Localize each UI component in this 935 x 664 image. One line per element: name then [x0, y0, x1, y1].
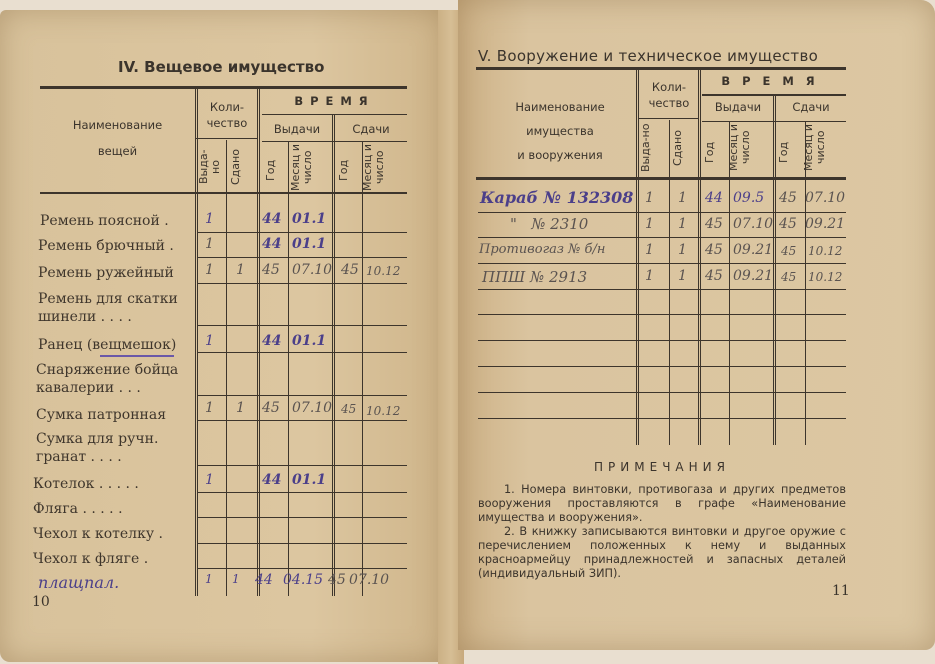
- cell-issue-year: 44: [262, 333, 281, 349]
- cell-return-year: 45: [779, 190, 797, 206]
- row-line: [197, 492, 407, 493]
- header-quantity-line2: чество: [640, 96, 698, 112]
- handwritten-item-name: " № 2310: [510, 215, 588, 233]
- row-line: [478, 263, 846, 264]
- cell-issue-year: 45: [705, 242, 723, 258]
- col-line: [362, 142, 363, 596]
- header-name-line1: Наименование: [490, 95, 630, 119]
- cell-issue-date: 01.1: [292, 333, 326, 349]
- cell-return-date: 10.12: [366, 264, 400, 278]
- cell-issue-date: 09.21: [733, 268, 773, 284]
- cell-return-date: 10.12: [808, 270, 842, 284]
- cell-returned: 1: [232, 572, 240, 586]
- header-return-year: Год: [778, 130, 796, 174]
- quantity-divider: [195, 138, 257, 139]
- header-quantity-line2: чество: [197, 116, 257, 132]
- col-line: [334, 114, 335, 596]
- row-line: [197, 232, 407, 233]
- row-line: [197, 395, 407, 396]
- handwritten-item-name: Противогаз № б/н: [479, 242, 605, 257]
- cell-issue-date: 09.5: [733, 190, 764, 206]
- list-item: Ремень брючный .: [38, 237, 174, 255]
- cell-issued: 1: [205, 572, 213, 586]
- header-return: Сдачи: [776, 100, 846, 116]
- list-item: Фляга . . . . .: [33, 500, 123, 518]
- col-line: [332, 114, 333, 596]
- row-line: [478, 237, 846, 238]
- header-return-month: Месяц и число: [803, 120, 843, 174]
- cell-issued: 1: [645, 242, 654, 258]
- cell-issue-year: 45: [262, 400, 280, 416]
- row-line: [197, 325, 407, 326]
- header-time: ВРЕМЯ: [702, 74, 846, 90]
- header-returned: Сдано: [230, 143, 250, 191]
- list-item: Сумка для ручн. гранат . . . .: [36, 430, 186, 466]
- row-line: [197, 543, 407, 544]
- cell-returned: 1: [678, 242, 687, 258]
- cell-issue-year: 45: [262, 262, 280, 278]
- cell-issue-date: 07.10: [733, 216, 773, 232]
- list-item: Котелок . . . . .: [33, 475, 139, 493]
- header-top-rule: [40, 86, 407, 89]
- handwritten-item-name: Караб № 132308: [480, 188, 633, 207]
- cell-issue-year: 45: [705, 268, 723, 284]
- header-top-rule: [476, 67, 846, 70]
- header-name: Наименование вещей: [60, 118, 175, 159]
- header-issued: Выда-но: [198, 143, 222, 191]
- col-line: [805, 121, 806, 445]
- row-line: [478, 366, 846, 367]
- header-quantity-line1: Коли-: [640, 80, 698, 96]
- header-issue: Выдачи: [262, 122, 332, 138]
- col-line: [729, 121, 730, 445]
- col-line: [195, 88, 196, 596]
- cell-issued: 1: [205, 211, 214, 227]
- handwritten-item-name: плащпал.: [38, 573, 119, 592]
- cell-return-year: 45: [779, 216, 797, 232]
- row-line: [478, 392, 846, 393]
- header-return-month: Месяц и число: [362, 143, 402, 191]
- cell-return-date: 10.12: [808, 244, 842, 258]
- col-line: [700, 70, 701, 445]
- cell-issued: 1: [205, 472, 214, 488]
- row-line: [478, 289, 846, 290]
- cell-issue-date: 01.1: [292, 236, 326, 252]
- cell-issue-year: 44: [705, 190, 723, 206]
- col-line: [698, 70, 699, 445]
- left-page-title: IV. Вещевое имущество: [118, 58, 324, 76]
- cell-issue-date: 09.21: [733, 242, 773, 258]
- header-issued: Выда-но: [640, 122, 664, 174]
- notes-heading: ПРИМЕЧАНИЯ: [478, 459, 846, 475]
- list-item: Снаряжение бойца кавалерии . . .: [36, 361, 188, 397]
- header-return: Сдачи: [336, 122, 406, 138]
- header-issue-month: Месяц и число: [728, 120, 768, 174]
- time-divider: [702, 94, 846, 96]
- cell-issue-date: 07.10: [292, 262, 332, 278]
- cell-returned: 1: [678, 216, 687, 232]
- col-line: [257, 88, 258, 596]
- col-line: [669, 120, 670, 445]
- page-number-right: 11: [832, 583, 850, 599]
- header-name: Наименование имущества и вооружения: [490, 95, 630, 167]
- cell-issued: 1: [205, 400, 214, 416]
- cell-return-year: 45: [341, 402, 356, 416]
- row-line: [197, 420, 407, 421]
- header-return-year: Год: [338, 150, 356, 190]
- list-item: Ранец (вещмешок): [38, 336, 176, 354]
- note-2: 2. В книжку записываются винтовки и друг…: [478, 525, 846, 581]
- row-line: [197, 465, 407, 466]
- cell-return-year: 45: [328, 572, 346, 588]
- row-line: [197, 352, 407, 353]
- header-quantity: Коли- чество: [197, 100, 257, 131]
- header-bottom-rule: [40, 192, 407, 194]
- cell-issued: 1: [205, 236, 214, 252]
- col-line: [197, 88, 198, 596]
- cell-issue-year: 45: [705, 216, 723, 232]
- col-line: [288, 142, 289, 596]
- header-issue: Выдачи: [702, 100, 774, 116]
- cell-issue-date: 01.1: [292, 472, 326, 488]
- row-line: [197, 568, 407, 569]
- cell-issued: 1: [645, 190, 654, 206]
- cell-issue-date: 01.1: [292, 211, 326, 227]
- col-line: [636, 70, 637, 445]
- cell-return-year: 45: [781, 270, 796, 284]
- cell-return-date: 07.10: [805, 190, 845, 206]
- col-line: [638, 70, 639, 445]
- row-line: [478, 212, 846, 213]
- header-name-line3: и вооружения: [490, 143, 630, 167]
- cell-returned: 1: [236, 262, 245, 278]
- list-item: Ремень ружейный: [38, 264, 174, 282]
- cell-issue-date: 07.10: [292, 400, 332, 416]
- cell-issue-year: 44: [255, 572, 273, 588]
- cell-returned: 1: [678, 190, 687, 206]
- page-number-left: 10: [32, 594, 50, 610]
- issue-return-divider: [702, 121, 846, 122]
- row-line: [197, 257, 407, 258]
- col-line: [259, 88, 260, 596]
- cell-return-year: 45: [341, 262, 359, 278]
- cell-issued: 1: [645, 268, 654, 284]
- list-item: Чехол к фляге .: [33, 550, 148, 568]
- cell-return-date: 07.10: [349, 572, 389, 588]
- header-name-line1: Наименование: [60, 118, 175, 134]
- header-issue-year: Год: [265, 150, 283, 190]
- cell-return-date: 09.21: [805, 216, 845, 232]
- cell-issue-year: 44: [262, 211, 281, 227]
- cell-returned: 1: [236, 400, 245, 416]
- header-name-line2: вещей: [60, 144, 175, 160]
- header-quantity-line1: Коли-: [197, 100, 257, 116]
- list-item: Сумка патронная: [36, 406, 166, 424]
- list-item: Ремень для скатки шинели . . . .: [38, 290, 188, 326]
- header-quantity: Коли- чество: [640, 80, 698, 111]
- header-issue-year: Год: [704, 130, 722, 174]
- header-bottom-rule: [476, 177, 846, 180]
- col-line: [226, 140, 227, 596]
- list-item: Чехол к котелку .: [33, 525, 163, 543]
- quantity-divider: [638, 118, 698, 119]
- cell-returned: 1: [678, 268, 687, 284]
- cell-return-date: 10.12: [366, 404, 400, 418]
- cell-issue-year: 44: [262, 236, 281, 252]
- row-line: [197, 517, 407, 518]
- row-line: [478, 314, 846, 315]
- note-1: 1. Номера винтовки, противогаза и других…: [478, 483, 846, 525]
- cell-issued: 1: [205, 262, 214, 278]
- handwritten-item-name: ППШ № 2913: [482, 268, 587, 286]
- header-issue-month: Месяц и число: [290, 143, 326, 191]
- cell-issue-year: 44: [262, 472, 281, 488]
- handwritten-underline: [100, 355, 174, 357]
- header-time: ВРЕМЯ: [262, 94, 407, 110]
- cell-return-year: 45: [781, 244, 796, 258]
- header-name-line2: имущества: [490, 119, 630, 143]
- row-line: [197, 283, 407, 284]
- row-line: [478, 418, 846, 419]
- row-line: [478, 340, 846, 341]
- cell-issued: 1: [645, 216, 654, 232]
- cell-issue-date: 04.15: [283, 572, 323, 588]
- right-page-title: V. Вооружение и техническое имущество: [478, 47, 818, 65]
- header-returned: Сдано: [672, 122, 692, 174]
- list-item: Ремень поясной .: [40, 212, 169, 230]
- cell-issued: 1: [205, 333, 214, 349]
